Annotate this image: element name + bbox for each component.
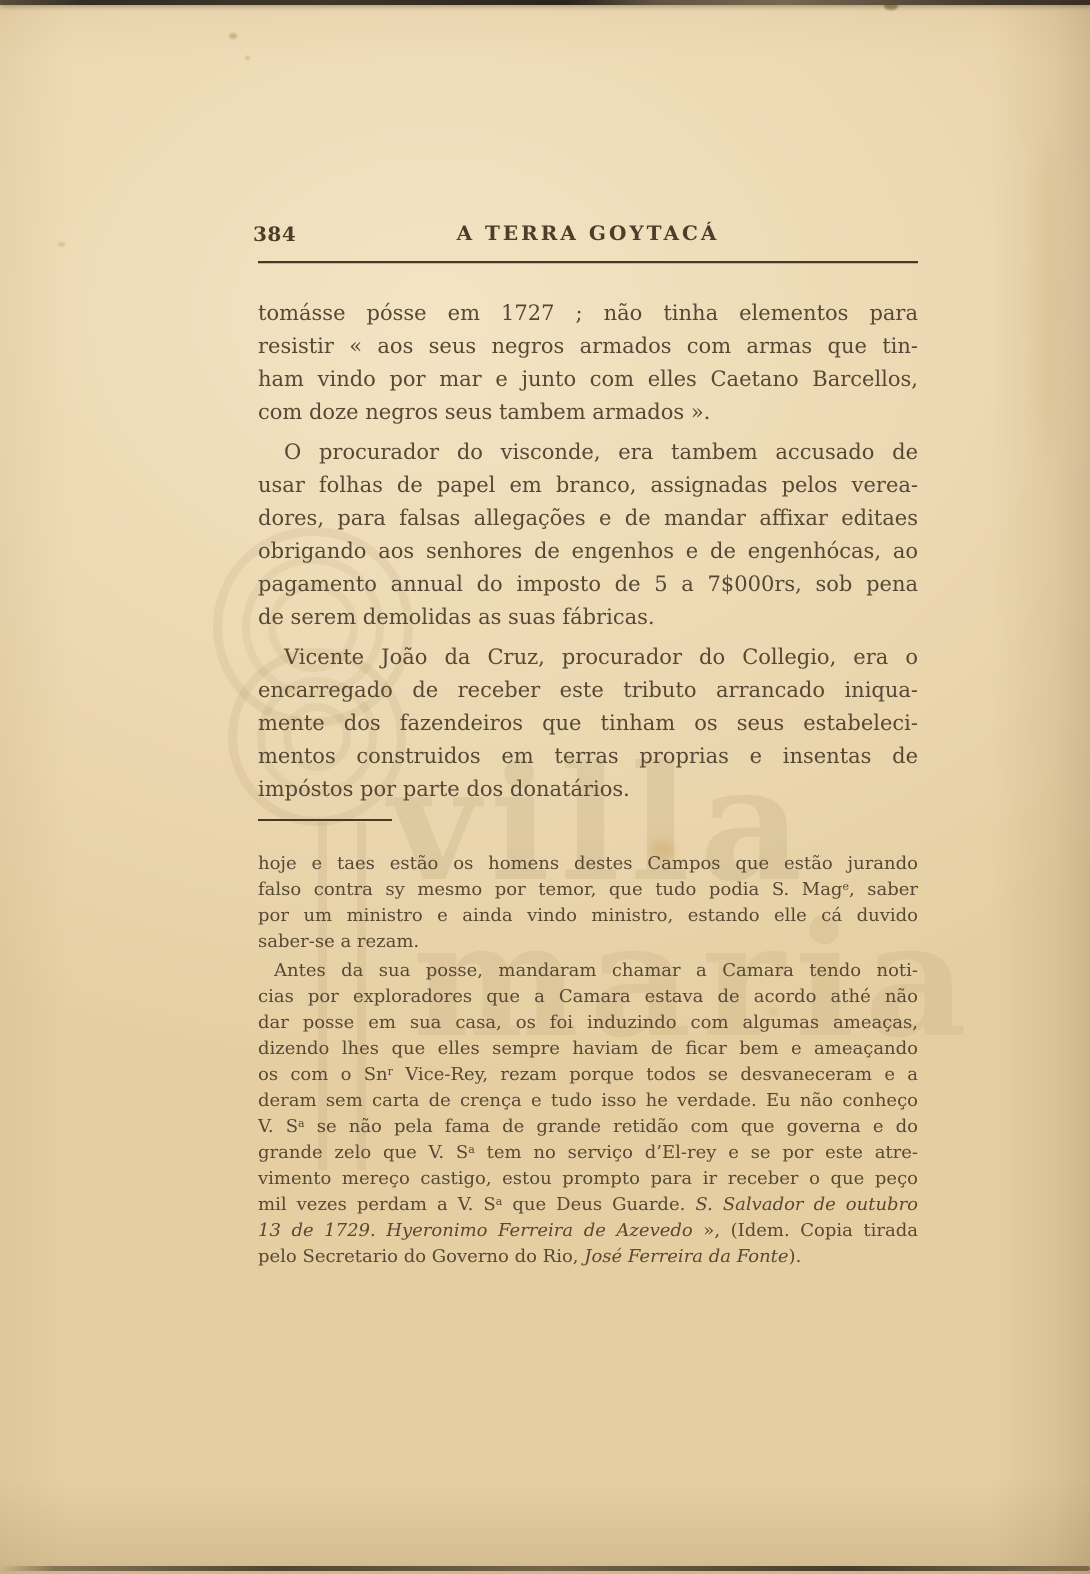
text-line: tomásse pósse em 1727 ; não tinha elemen… (258, 297, 918, 330)
text-segment: tem no serviço d’El-rey e se por este at… (475, 1142, 918, 1163)
text-line: encarregado de receber este tributo arra… (258, 674, 918, 707)
stain (245, 56, 250, 60)
text-line: V. Sa se não pela fama de grande retidão… (258, 1114, 918, 1140)
text-segment: mil vezes perdam a V. S (258, 1194, 496, 1215)
footnote-separator (258, 819, 392, 821)
footnote-text: hoje e taes estão os homens destes Campo… (258, 851, 918, 1270)
text-line: cias por exploradores que a Camara estav… (258, 984, 918, 1010)
text-line: por um ministro e ainda vindo ministro, … (258, 903, 918, 929)
stain (58, 242, 65, 247)
text-line: grande zelo que V. Sa tem no serviço d’E… (258, 1140, 918, 1166)
text-line: Antes da sua posse, mandaram chamar a Ca… (258, 958, 918, 984)
text-segment: falso contra sy mesmo por temor, que tud… (258, 879, 842, 900)
text-line: mil vezes perdam a V. Sa que Deus Guarde… (258, 1192, 918, 1218)
text-segment: V. S (258, 1116, 298, 1137)
text-line: dizendo lhes que elles sempre haviam de … (258, 1036, 918, 1062)
stain (1040, 140, 1060, 460)
text-line: usar folhas de papel em branco, assignad… (258, 469, 918, 502)
header-rule (258, 261, 918, 263)
paragraph: O procurador do visconde, era tambem acc… (258, 436, 918, 634)
text-line: saber-se a rezam. (258, 929, 918, 955)
text-line: dores, para falsas allegações e de manda… (258, 502, 918, 535)
text-line: obrigando aos senhores de engenhos e de … (258, 535, 918, 568)
running-title: A TERRA GOYTACÁ (258, 221, 918, 245)
italic-segment: S. Salvador de outubro (695, 1194, 918, 1215)
text-line: pelo Secretario do Governo do Rio, José … (258, 1244, 918, 1270)
text-line: vimento mereço castigo, estou prompto pa… (258, 1166, 918, 1192)
italic-segment: José Ferreira da Fonte (584, 1246, 788, 1267)
page-header: 384 A TERRA GOYTACÁ (258, 221, 918, 245)
text-segment: pelo Secretario do Governo do Rio, (258, 1246, 584, 1267)
footnote-paragraph: hoje e taes estão os homens destes Campo… (258, 851, 918, 955)
text-line: hoje e taes estão os homens destes Campo… (258, 851, 918, 877)
text-line: deram sem carta de crença e tudo isso he… (258, 1088, 918, 1114)
body-text: tomásse pósse em 1727 ; não tinha elemen… (258, 297, 918, 806)
text-line: de serem demolidas as suas fábricas. (258, 601, 918, 634)
text-line: dar posse em sua casa, os foi induzindo … (258, 1010, 918, 1036)
page-number: 384 (253, 222, 296, 246)
paragraph: tomásse pósse em 1727 ; não tinha elemen… (258, 297, 918, 429)
paragraph: Vicente João da Cruz, procurador do Coll… (258, 641, 918, 806)
text-segment: ). (789, 1246, 802, 1267)
text-line: O procurador do visconde, era tambem acc… (258, 436, 918, 469)
footnote-paragraph: Antes da sua posse, mandaram chamar a Ca… (258, 958, 918, 1270)
text-segment: os com o Sn (258, 1064, 388, 1085)
text-line: 13 de 1729. Hyeronimo Ferreira de Azeved… (258, 1218, 918, 1244)
text-line: mente dos fazendeiros que tinham os seus… (258, 707, 918, 740)
text-segment: », (Idem. Copia tirada (693, 1220, 918, 1241)
stain (229, 33, 237, 39)
text-line: falso contra sy mesmo por temor, que tud… (258, 877, 918, 903)
text-line: pagamento annual do imposto de 5 a 7$000… (258, 568, 918, 601)
text-segment: , saber (849, 879, 918, 900)
italic-segment: 13 de 1729. Hyeronimo Ferreira de Azeved… (258, 1220, 693, 1241)
book-page: villa maria 384 A TERRA GOYTACÁ tomásse … (0, 0, 1090, 1574)
text-line: resistir « aos seus negros armados com a… (258, 330, 918, 363)
text-segment: se não pela fama de grande retidão com q… (305, 1116, 918, 1137)
text-line: os com o Snr Vice-Rey, rezam porque todo… (258, 1062, 918, 1088)
text-line: mentos construidos em terras proprias e … (258, 740, 918, 773)
text-segment: que Deus Guarde. (502, 1194, 695, 1215)
text-line: Vicente João da Cruz, procurador do Coll… (258, 641, 918, 674)
text-segment: Vice-Rey, rezam porque todos se desvanec… (393, 1064, 918, 1085)
page-edge-bottom (0, 1566, 1090, 1571)
text-segment: grande zelo que V. S (258, 1142, 468, 1163)
text-line: ham vindo por mar e junto com elles Caet… (258, 363, 918, 396)
text-line: impóstos por parte dos donatários. (258, 773, 918, 806)
page-edge-top (0, 0, 1090, 5)
text-line: com doze negros seus tambem armados ». (258, 396, 918, 429)
